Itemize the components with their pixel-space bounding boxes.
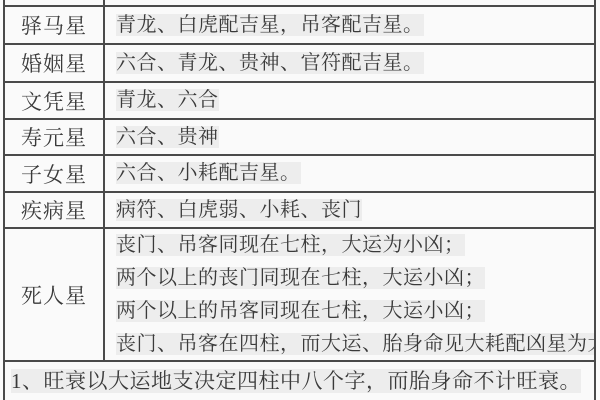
row-content-line: 青龙、六合 (116, 89, 219, 111)
row-content-line: 丧门、吊客在四柱，而大运、胎身命见大耗配凶星为大孝 (116, 333, 594, 355)
table-top-edge-partial-row (5, 0, 594, 7)
row-label: 婚姻星 (5, 45, 105, 81)
row-label: 寿元星 (5, 120, 105, 154)
scanned-document-page: 驿马星 青龙、白虎配吉星，吊客配吉星。 婚姻星 六合、青龙、贵神、官符配吉星。 … (0, 0, 600, 400)
row-label: 文凭星 (5, 83, 105, 118)
row-label: 子女星 (5, 156, 105, 191)
row-content-line: 丧门、吊客同现在七柱，大运为小凶； (116, 234, 465, 256)
table-row: 子女星 六合、小耗配吉星。 (5, 156, 594, 193)
row-content-line: 青龙、白虎配吉星，吊客配吉星。 (116, 14, 424, 36)
table-row: 疾病星 病符、白虎弱、小耗、丧门 (5, 193, 594, 229)
table-row: 驿马星 青龙、白虎配吉星，吊客配吉星。 (5, 7, 594, 45)
row-content-line: 六合、小耗配吉星。 (116, 162, 301, 184)
row-label: 驿马星 (5, 7, 105, 43)
partial-content-cell (105, 0, 594, 5)
row-content-line: 两个以上的丧门同现在七柱，大运小凶； (116, 267, 485, 289)
footer-note: 1、旺衰以大运地支决定四柱中八个字，而胎身命不计旺衰。 (11, 369, 581, 393)
row-label: 死人星 (5, 229, 105, 360)
row-content-line: 六合、贵神 (116, 126, 219, 148)
table-row: 文凭星 青龙、六合 (5, 83, 594, 120)
row-content-line: 两个以上的吊客同现在七柱，大运小凶； (116, 300, 485, 322)
row-content-line: 病符、白虎弱、小耗、丧门 (116, 199, 362, 221)
star-table: 驿马星 青龙、白虎配吉星，吊客配吉星。 婚姻星 六合、青龙、贵神、官符配吉星。 … (3, 0, 596, 400)
row-label: 疾病星 (5, 193, 105, 227)
table-row: 寿元星 六合、贵神 (5, 120, 594, 156)
table-row: 死人星 丧门、吊客同现在七柱，大运为小凶； 两个以上的丧门同现在七柱，大运小凶；… (5, 229, 594, 362)
partial-label-cell (5, 0, 105, 5)
row-content-line: 六合、青龙、贵神、官符配吉星。 (116, 52, 424, 74)
table-row: 婚姻星 六合、青龙、贵神、官符配吉星。 (5, 45, 594, 83)
footer-note-row: 1、旺衰以大运地支决定四柱中八个字，而胎身命不计旺衰。 (5, 362, 594, 400)
